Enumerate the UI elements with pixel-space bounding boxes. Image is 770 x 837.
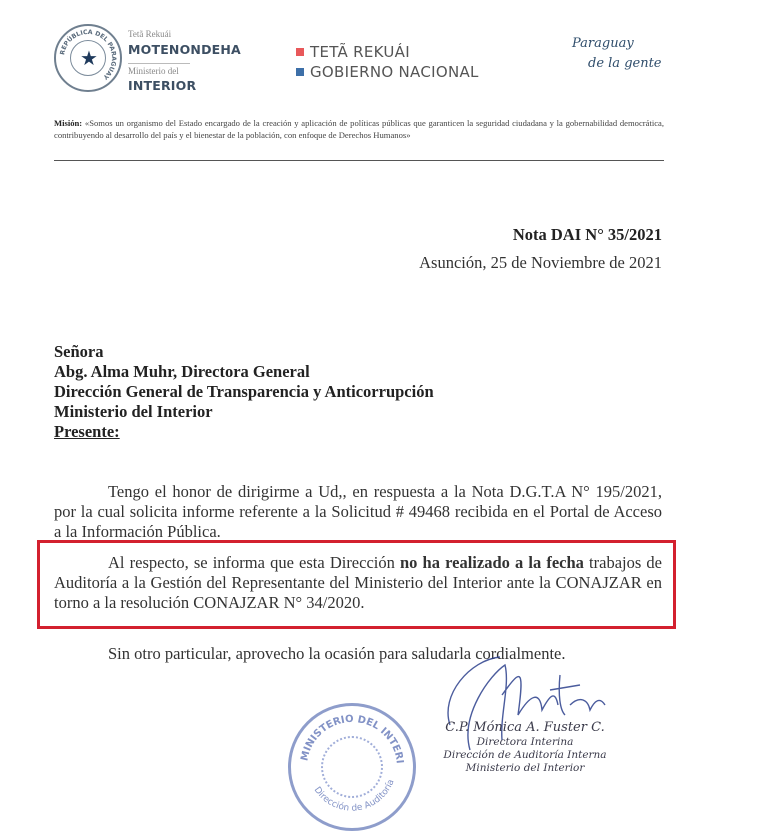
ministry-spanish-small: Ministerio del bbox=[128, 66, 179, 76]
ministry-guarani-title: MOTENONDEHA bbox=[128, 42, 241, 57]
government-line-1: TETÃ REKUÁI bbox=[296, 43, 410, 61]
addressee-block: Señora Abg. Alma Muhr, Directora General… bbox=[54, 342, 434, 442]
red-square-icon bbox=[296, 48, 304, 56]
nota-number: Nota DAI N° 35/2021 bbox=[513, 225, 662, 245]
response-emphasis: no ha realizado a la fecha bbox=[400, 553, 584, 572]
signer-office: Dirección de Auditoría Interna bbox=[440, 749, 610, 762]
government-line-2: GOBIERNO NACIONAL bbox=[296, 63, 479, 81]
slogan-line-1: Paraguay bbox=[572, 36, 634, 52]
signer-name: C.P. Mónica A. Fuster C. bbox=[440, 720, 610, 736]
addressee-name: Abg. Alma Muhr, Directora General bbox=[54, 362, 434, 382]
signer-ministry: Ministerio del Interior bbox=[440, 762, 610, 775]
mission-text: «Somos un organismo del Estado encargado… bbox=[54, 118, 664, 140]
seal-inner-circle: ★ bbox=[70, 40, 106, 76]
ministry-spanish-title: INTERIOR bbox=[128, 78, 196, 93]
ministry-divider bbox=[128, 63, 190, 64]
response-text-start: Al respecto, se informa que esta Direcci… bbox=[108, 553, 400, 572]
government-spanish-text: GOBIERNO NACIONAL bbox=[310, 63, 479, 81]
paragraph-response: Al respecto, se informa que esta Direcci… bbox=[54, 553, 662, 613]
paragraph-request: Tengo el honor de dirigirme a Ud,, en re… bbox=[54, 482, 662, 542]
mission-label: Misión: bbox=[54, 118, 82, 128]
ministry-guarani-small: Tetã Rekuái bbox=[128, 29, 171, 39]
republic-seal: REPÚBLICA DEL PARAGUAY ★ bbox=[54, 24, 122, 92]
mission-statement: Misión: «Somos un organismo del Estado e… bbox=[54, 117, 664, 141]
header-divider bbox=[54, 160, 664, 161]
date-line: Asunción, 25 de Noviembre de 2021 bbox=[419, 253, 662, 273]
blue-square-icon bbox=[296, 68, 304, 76]
signature-block: C.P. Mónica A. Fuster C. Directora Inter… bbox=[440, 720, 610, 775]
star-icon: ★ bbox=[71, 46, 107, 70]
addressee-presente: Presente: bbox=[54, 422, 434, 442]
government-guarani-text: TETÃ REKUÁI bbox=[310, 43, 410, 61]
stamp-inner-circle bbox=[321, 736, 383, 798]
official-stamp: MINISTERIO DEL INTERIOR Dirección de Aud… bbox=[288, 703, 416, 831]
addressee-office: Dirección General de Transparencia y Ant… bbox=[54, 382, 434, 402]
addressee-ministry: Ministerio del Interior bbox=[54, 402, 434, 422]
slogan-line-2: de la gente bbox=[588, 56, 662, 72]
addressee-salutation: Señora bbox=[54, 342, 434, 362]
signer-title: Directora Interina bbox=[440, 736, 610, 749]
